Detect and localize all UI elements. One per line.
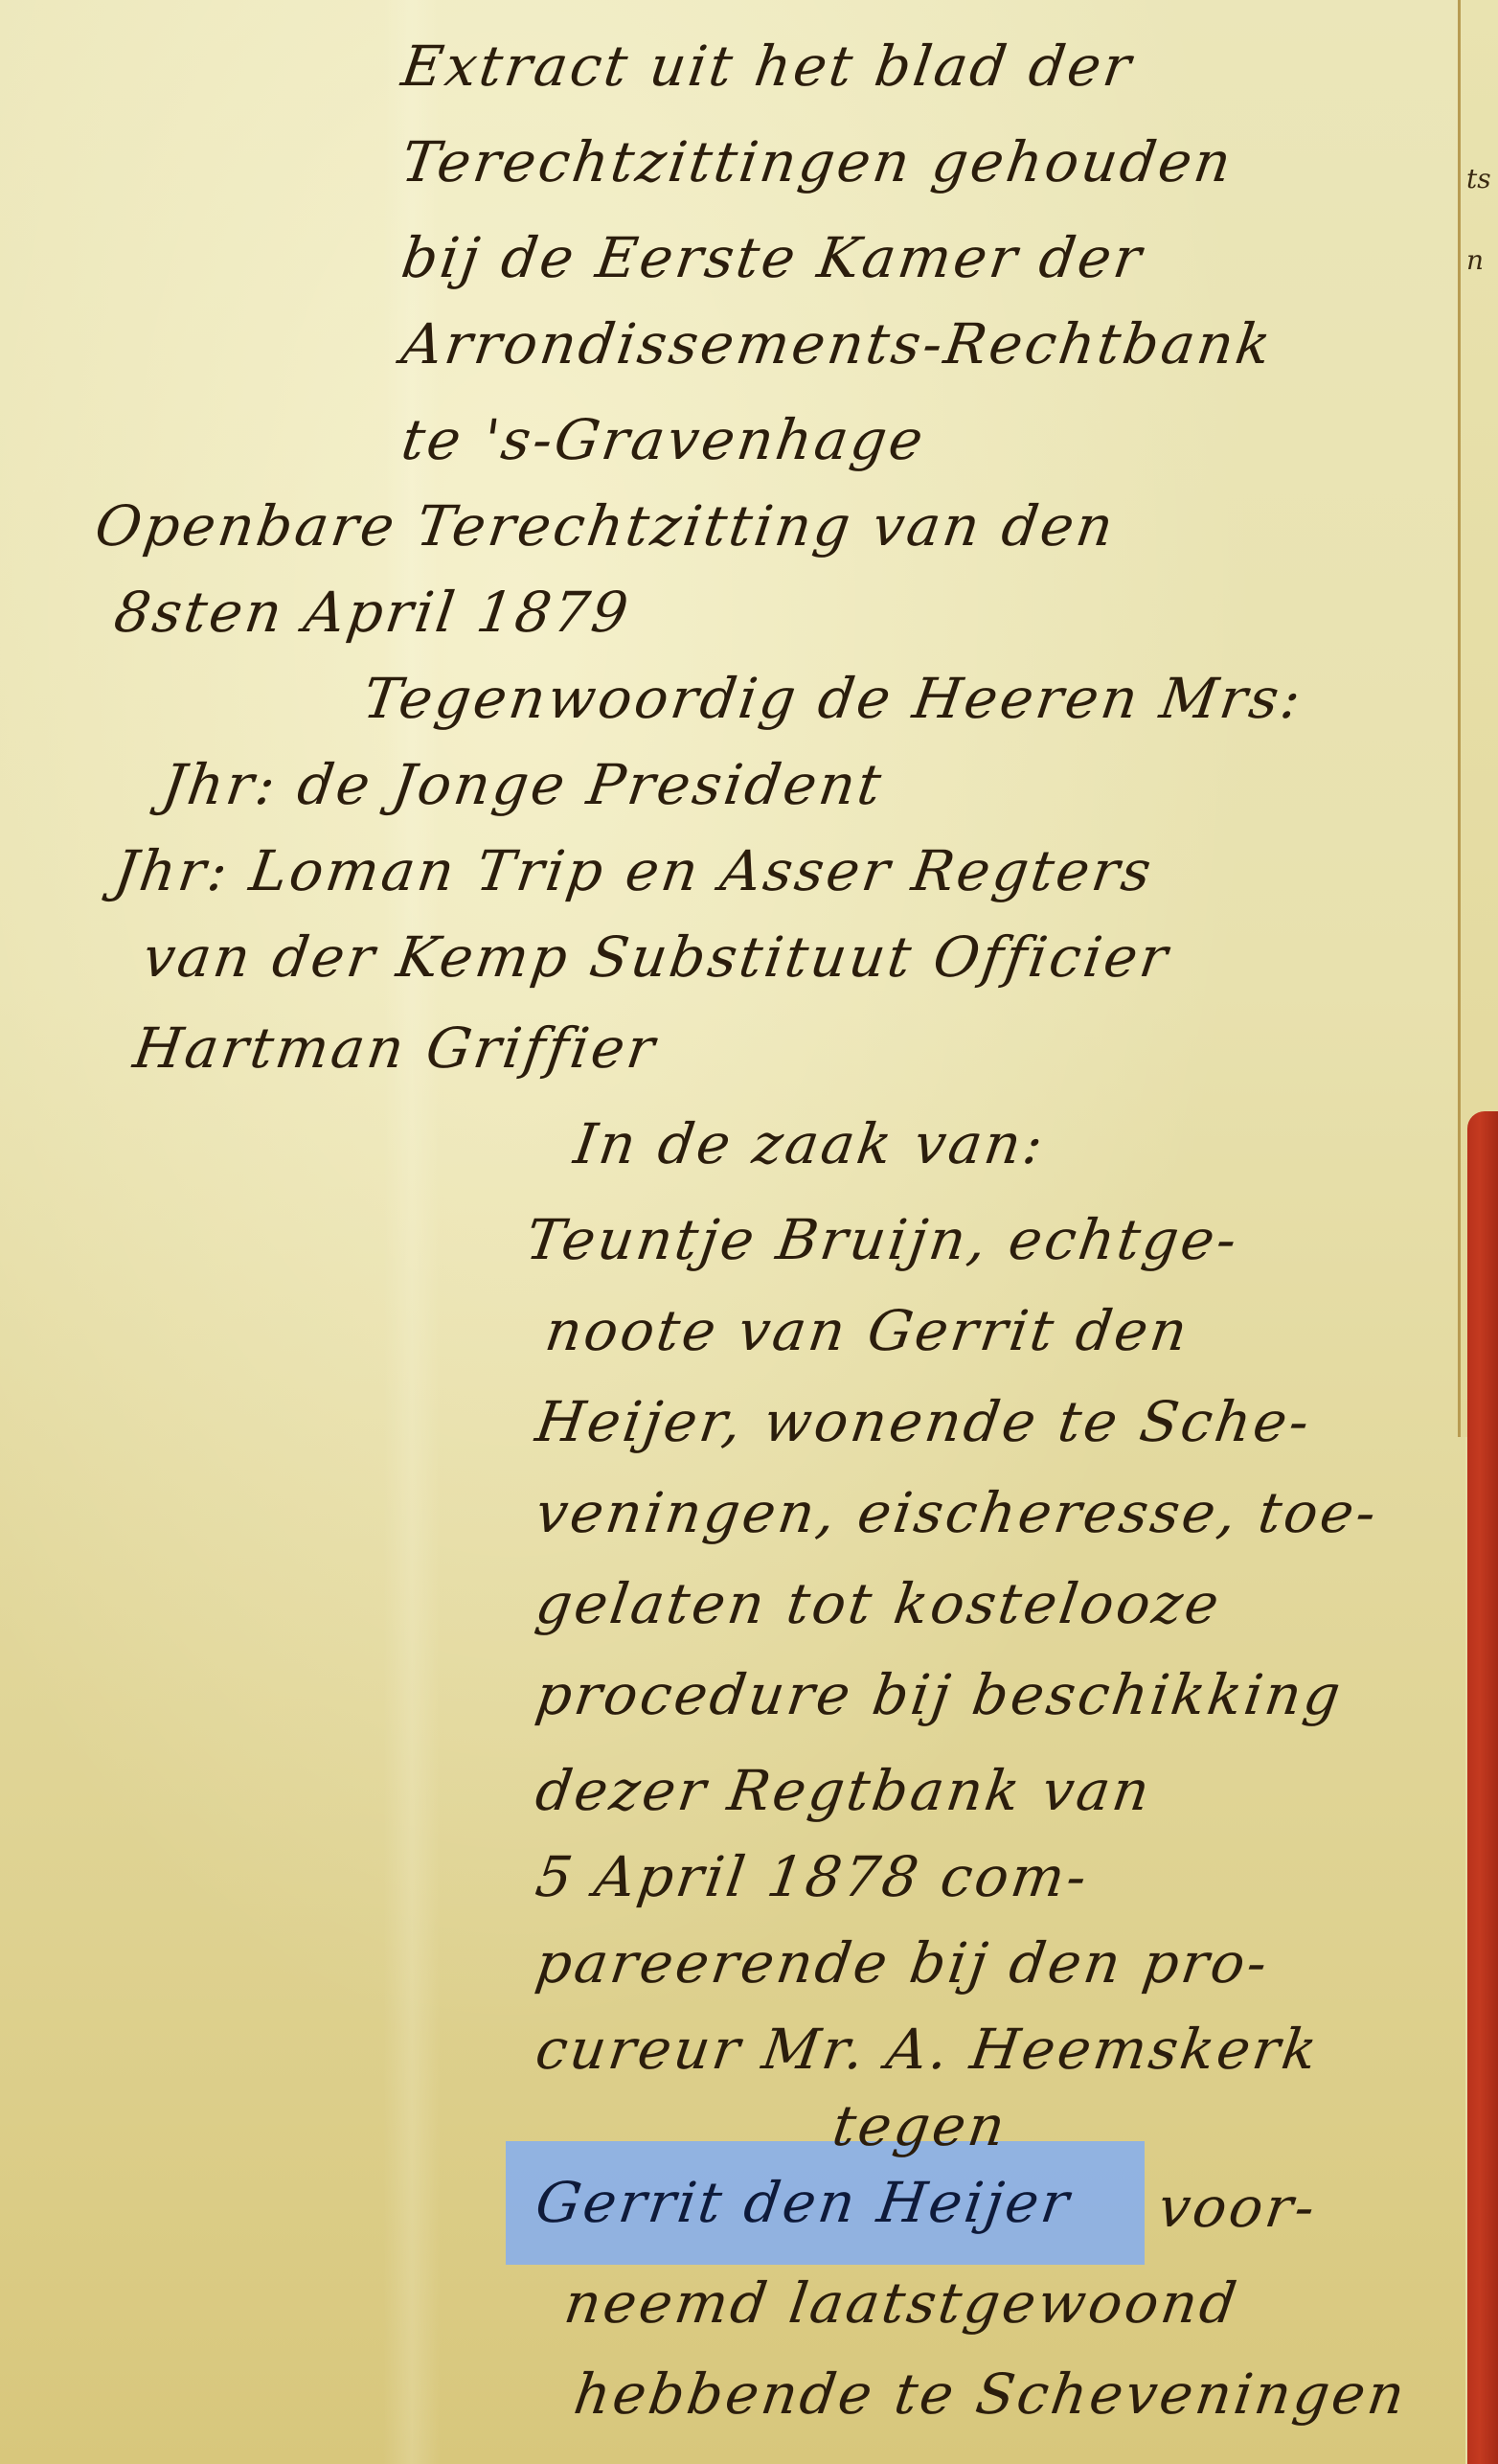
text-line: neemd laatstgewoond bbox=[561, 2275, 1242, 2331]
text-line: veningen, eischeresse, toe- bbox=[533, 1485, 1382, 1540]
text-line: Jhr: de Jonge President bbox=[159, 757, 887, 812]
text-line: pareerende bij den pro- bbox=[533, 1935, 1273, 1991]
text-line: 8sten April 1879 bbox=[111, 584, 634, 640]
text-line: Hartman Griffier bbox=[130, 1020, 661, 1076]
text-line: Terechtzittingen gehouden bbox=[398, 134, 1237, 190]
text-line: te 's-Gravenhage bbox=[398, 412, 929, 468]
margin-fragment: ts bbox=[1466, 163, 1491, 194]
text-line: tegen bbox=[829, 2098, 1011, 2154]
text-line: bij de Eerste Kamer der bbox=[398, 230, 1147, 285]
margin-fragment: n bbox=[1466, 244, 1484, 276]
text-line: Openbare Terechtzitting van den bbox=[92, 498, 1120, 554]
text-line: van der Kemp Substituut Officier bbox=[140, 929, 1173, 985]
red-binding-edge bbox=[1467, 1111, 1498, 2464]
highlighted-name[interactable]: Gerrit den Heijer bbox=[533, 2175, 1075, 2230]
text-line: Tegenwoordig de Heeren Mrs: bbox=[360, 671, 1306, 726]
text-line: hebbende te Scheveningen bbox=[571, 2366, 1411, 2422]
text-line: cureur Mr. A. Heemskerk bbox=[533, 2021, 1323, 2077]
text-line: voor- bbox=[1155, 2179, 1321, 2235]
text-line: 5 April 1878 com- bbox=[533, 1849, 1093, 1905]
text-line: noote van Gerrit den bbox=[542, 1303, 1193, 1358]
text-line: In de zaak van: bbox=[571, 1116, 1049, 1172]
text-line: Extract uit het blad der bbox=[398, 38, 1137, 94]
text-line: Arrondissements-Rechtbank bbox=[398, 316, 1277, 372]
text-line: Heijer, wonende te Sche- bbox=[533, 1394, 1315, 1449]
text-line: dezer Regtbank van bbox=[533, 1763, 1155, 1818]
text-line: gelaten tot kostelooze bbox=[533, 1576, 1225, 1631]
text-line: procedure bij beschikking bbox=[533, 1667, 1347, 1723]
text-line: Jhr: Loman Trip en Asser Regters bbox=[111, 843, 1157, 899]
text-line: Teuntje Bruijn, echtge- bbox=[523, 1212, 1242, 1267]
